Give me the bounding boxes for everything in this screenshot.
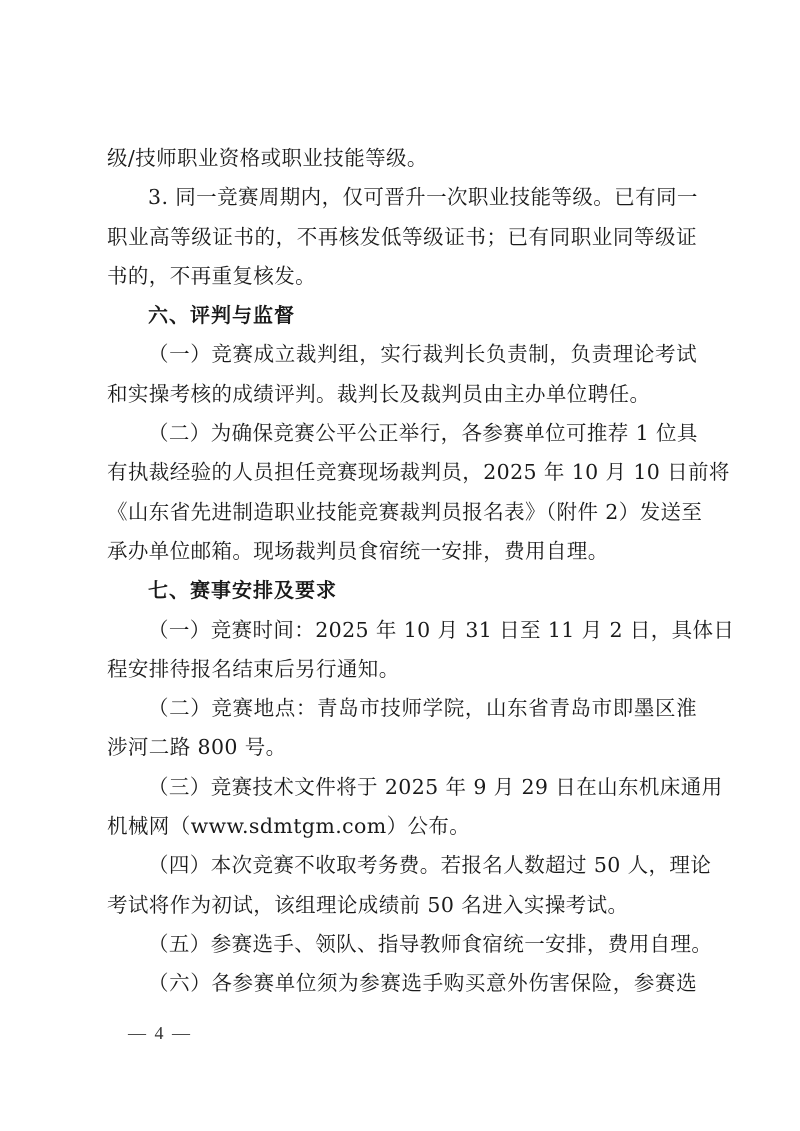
text-line: （五）参赛选手、领队、指导教师食宿统一安排，费用自理。	[107, 925, 697, 964]
text-line: （二）为确保竞赛公平公正举行，各参赛单位可推荐 1 位具	[107, 414, 697, 453]
text-line: 和实操考核的成绩评判。裁判长及裁判员由主办单位聘任。	[107, 375, 697, 414]
text-line: （六）各参赛单位须为参赛选手购买意外伤害保险，参赛选	[107, 964, 697, 1003]
text-line: 程安排待报名结束后另行通知。	[107, 650, 697, 689]
text-line: 机械网（www.sdmtgm.com）公布。	[107, 807, 697, 846]
section-heading: 七、赛事安排及要求	[107, 571, 697, 610]
section-heading: 六、评判与监督	[107, 296, 697, 335]
document-page: 级/技师职业资格或职业技能等级。3. 同一竞赛周期内，仅可晋升一次职业技能等级。…	[0, 0, 800, 1131]
text-line: 有执裁经验的人员担任竞赛现场裁判员，2025 年 10 月 10 日前将	[107, 453, 697, 492]
text-line: 承办单位邮箱。现场裁判员食宿统一安排，费用自理。	[107, 532, 697, 571]
page-number: — 4 —	[128, 1023, 192, 1044]
text-line: （三）竞赛技术文件将于 2025 年 9 月 29 日在山东机床通用	[107, 768, 697, 807]
text-line: （一）竞赛时间：2025 年 10 月 31 日至 11 月 2 日，具体日	[107, 611, 697, 650]
text-line: 涉河二路 800 号。	[107, 728, 697, 767]
text-line: 考试将作为初试，该组理论成绩前 50 名进入实操考试。	[107, 886, 697, 925]
text-line: （二）竞赛地点：青岛市技师学院，山东省青岛市即墨区淮	[107, 689, 697, 728]
text-line: 3. 同一竞赛周期内，仅可晋升一次职业技能等级。已有同一	[107, 178, 697, 217]
text-line: 级/技师职业资格或职业技能等级。	[107, 139, 697, 178]
text-line: （一）竞赛成立裁判组，实行裁判长负责制，负责理论考试	[107, 335, 697, 374]
text-line: 书的，不再重复核发。	[107, 257, 697, 296]
text-line: 《山东省先进制造职业技能竞赛裁判员报名表》（附件 2）发送至	[107, 493, 697, 532]
text-line: 职业高等级证书的，不再核发低等级证书；已有同职业同等级证	[107, 218, 697, 257]
document-body: 级/技师职业资格或职业技能等级。3. 同一竞赛周期内，仅可晋升一次职业技能等级。…	[107, 139, 697, 1004]
text-line: （四）本次竞赛不收取考务费。若报名人数超过 50 人，理论	[107, 846, 697, 885]
